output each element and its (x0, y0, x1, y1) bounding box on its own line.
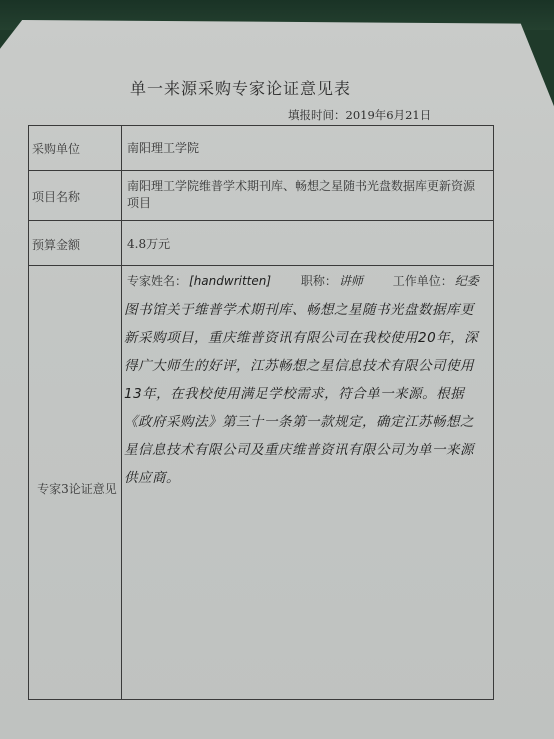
fill-date-value: 2019年6月21日 (346, 108, 432, 122)
expert-name-label: 专家姓名： (127, 274, 187, 288)
project-name-label: 项目名称 (29, 188, 121, 205)
procurement-unit-label: 采购单位 (29, 140, 121, 157)
table-row-procurement-unit: 采购单位 南阳理工学院 (29, 126, 493, 171)
table-row-budget: 预算金额 4.8万元 (29, 221, 493, 266)
work-unit-label: 工作单位： (393, 274, 453, 288)
fill-date-label: 填报时间： (288, 108, 346, 122)
table-row-project-name: 项目名称 南阳理工学院维普学术期刊库、畅想之星随书光盘数据库更新资源项目 (29, 171, 493, 221)
fill-date: 填报时间：2019年6月21日 (288, 107, 431, 123)
budget-label: 预算金额 (29, 236, 121, 253)
expert-opinion-label: 专家3论证意见 (37, 481, 117, 498)
handwritten-opinion-text: 图书馆关于维普学术期刊库、畅想之星随书光盘数据库更新采购项目，重庆维普资讯有限公… (124, 296, 487, 492)
expert-title-value: 讲师 (339, 274, 363, 288)
expert-name-signature: [handwritten] (189, 274, 271, 288)
expert-title-label: 职称： (301, 274, 337, 288)
budget-value: 4.8万元 (127, 236, 485, 253)
opinion-form-table: 采购单位 南阳理工学院 项目名称 南阳理工学院维普学术期刊库、畅想之星随书光盘数… (28, 125, 494, 700)
expert-info-line: 专家姓名：[handwritten] 职称：讲师 工作单位：纪委 (127, 272, 481, 289)
table-row-expert-opinion: 专家3论证意见 专家姓名：[handwritten] 职称：讲师 工作单位：纪委… (29, 266, 493, 699)
procurement-unit-value: 南阳理工学院 (127, 140, 485, 157)
document-title: 单一来源采购专家论证意见表 (130, 76, 351, 99)
project-name-value: 南阳理工学院维普学术期刊库、畅想之星随书光盘数据库更新资源项目 (127, 178, 485, 212)
work-unit-value: 纪委 (455, 274, 479, 288)
